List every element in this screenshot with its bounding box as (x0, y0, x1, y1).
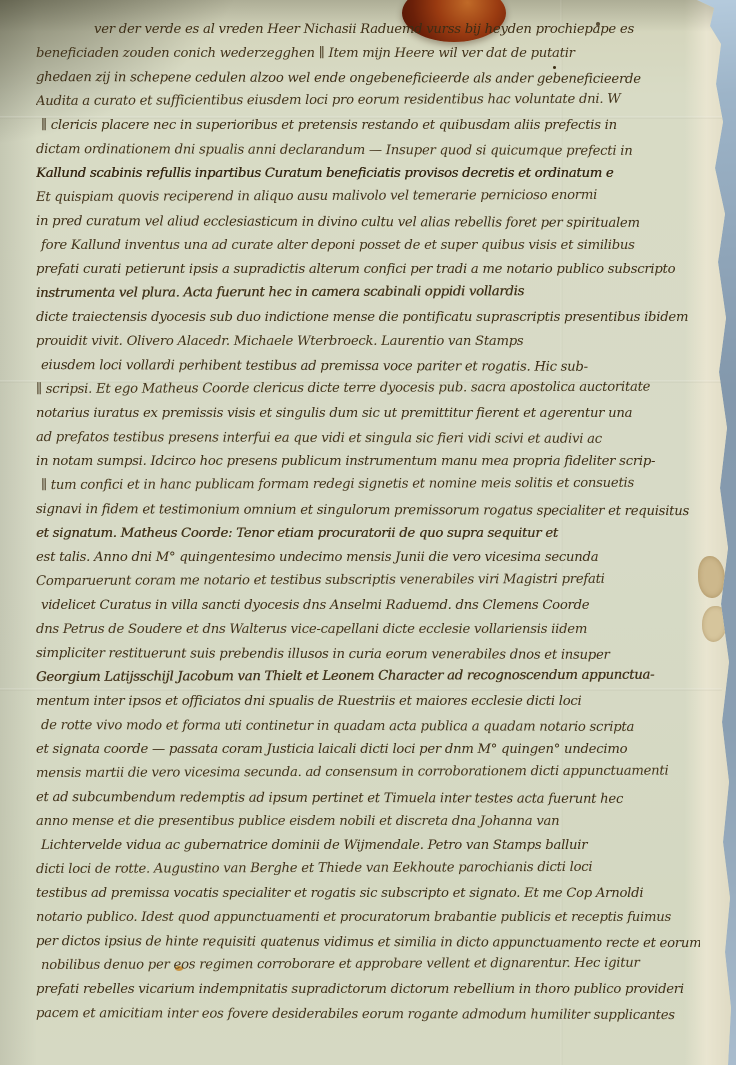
manuscript-line: notario publico. Idest quod appunctuamen… (36, 906, 700, 930)
manuscript-line: dicte traiectensis dyocesis sub duo indi… (36, 306, 700, 330)
manuscript-line: Kallund scabinis refullis inpartibus Cur… (36, 162, 700, 186)
manuscript-line: testibus ad premissa vocatis specialiter… (36, 882, 700, 906)
manuscript-line: fore Kallund inventus una ad curate alte… (36, 234, 700, 258)
manuscript-line: et signata coorde — passata coram Justic… (36, 738, 700, 762)
paper-sheet: ver der verde es al vreden Heer Nichasii… (0, 0, 736, 1065)
manuscript-line: Et quispiam quovis reciperend in aliquo … (36, 183, 700, 210)
manuscript-line: dicti loci de rotte. Augustino van Bergh… (36, 855, 700, 882)
manuscript-line: prefati rebelles vicarium indempnitatis … (36, 978, 700, 1002)
manuscript-line: videlicet Curatus in villa sancti dyoces… (36, 594, 700, 618)
manuscript-line: notarius iuratus ex premissis visis et s… (36, 402, 700, 426)
manuscript-line: anno mense et die presentibus publice ei… (36, 810, 700, 834)
manuscript-line: instrumenta vel plura. Acta fuerunt hec … (36, 279, 700, 306)
manuscript-line: et signatum. Matheus Coorde: Tenor etiam… (36, 522, 700, 546)
paper-stain (698, 556, 725, 598)
manuscript-line: dns Petrus de Soudere et dns Walterus vi… (36, 618, 700, 642)
manuscript-photo: { "photo": { "colors": { "background_blu… (0, 0, 736, 1065)
manuscript-line: ∥ clericis placere nec in superioribus e… (36, 114, 700, 138)
paper-stain (702, 606, 727, 642)
manuscript-line: beneficiaden zouden conich wederzegghen … (36, 42, 700, 66)
manuscript-line: pacem et amicitiam inter eos fovere desi… (36, 1002, 700, 1028)
manuscript-line: dictam ordinationem dni spualis anni dec… (36, 138, 700, 164)
manuscript-line: mentum inter ipsos et officiatos dni spu… (36, 690, 700, 714)
manuscript-line: in pred curatum vel aliud ecclesiasticum… (36, 210, 700, 236)
manuscript-line: ad prefatos testibus presens interfui ea… (36, 426, 700, 452)
manuscript-line: mensis martii die vero vicesima secunda.… (36, 759, 700, 786)
manuscript-line: prouidit vivit. Olivero Alacedr. Michael… (36, 330, 700, 354)
manuscript-line: est talis. Anno dni M° quingentesimo und… (36, 546, 700, 570)
manuscript-line: in notam sumpsi. Idcirco hoc presens pub… (36, 450, 700, 474)
manuscript-line: ver der verde es al vreden Heer Nichasii… (36, 18, 700, 42)
manuscript-line: Georgium Latijsschijl Jacobum van Thielt… (36, 663, 700, 690)
manuscript-line: prefati curati petierunt ipsis a supradi… (36, 258, 700, 282)
manuscript-line: ∥ tum confici et in hanc publicam formam… (36, 471, 700, 498)
manuscript-line: Lichtervelde vidua ac gubernatrice domin… (36, 834, 700, 858)
manuscript-line: Comparuerunt coram me notario et testibu… (36, 567, 700, 594)
manuscript-line: Audita a curato et sufficientibus eiusde… (36, 87, 700, 114)
manuscript-line: nobilibus denuo per eos regimen corrobor… (36, 951, 700, 978)
manuscript-line: de rotte vivo modo et forma uti continet… (36, 714, 700, 740)
manuscript-text: ver der verde es al vreden Heer Nichasii… (36, 18, 700, 1026)
manuscript-line: signavi in fidem et testimonium omnium e… (36, 498, 700, 524)
manuscript-line: ∥ scripsi. Et ego Matheus Coorde clericu… (36, 375, 700, 402)
manuscript-line: et ad subcumbendum redemptis ad ipsum pe… (36, 786, 700, 812)
